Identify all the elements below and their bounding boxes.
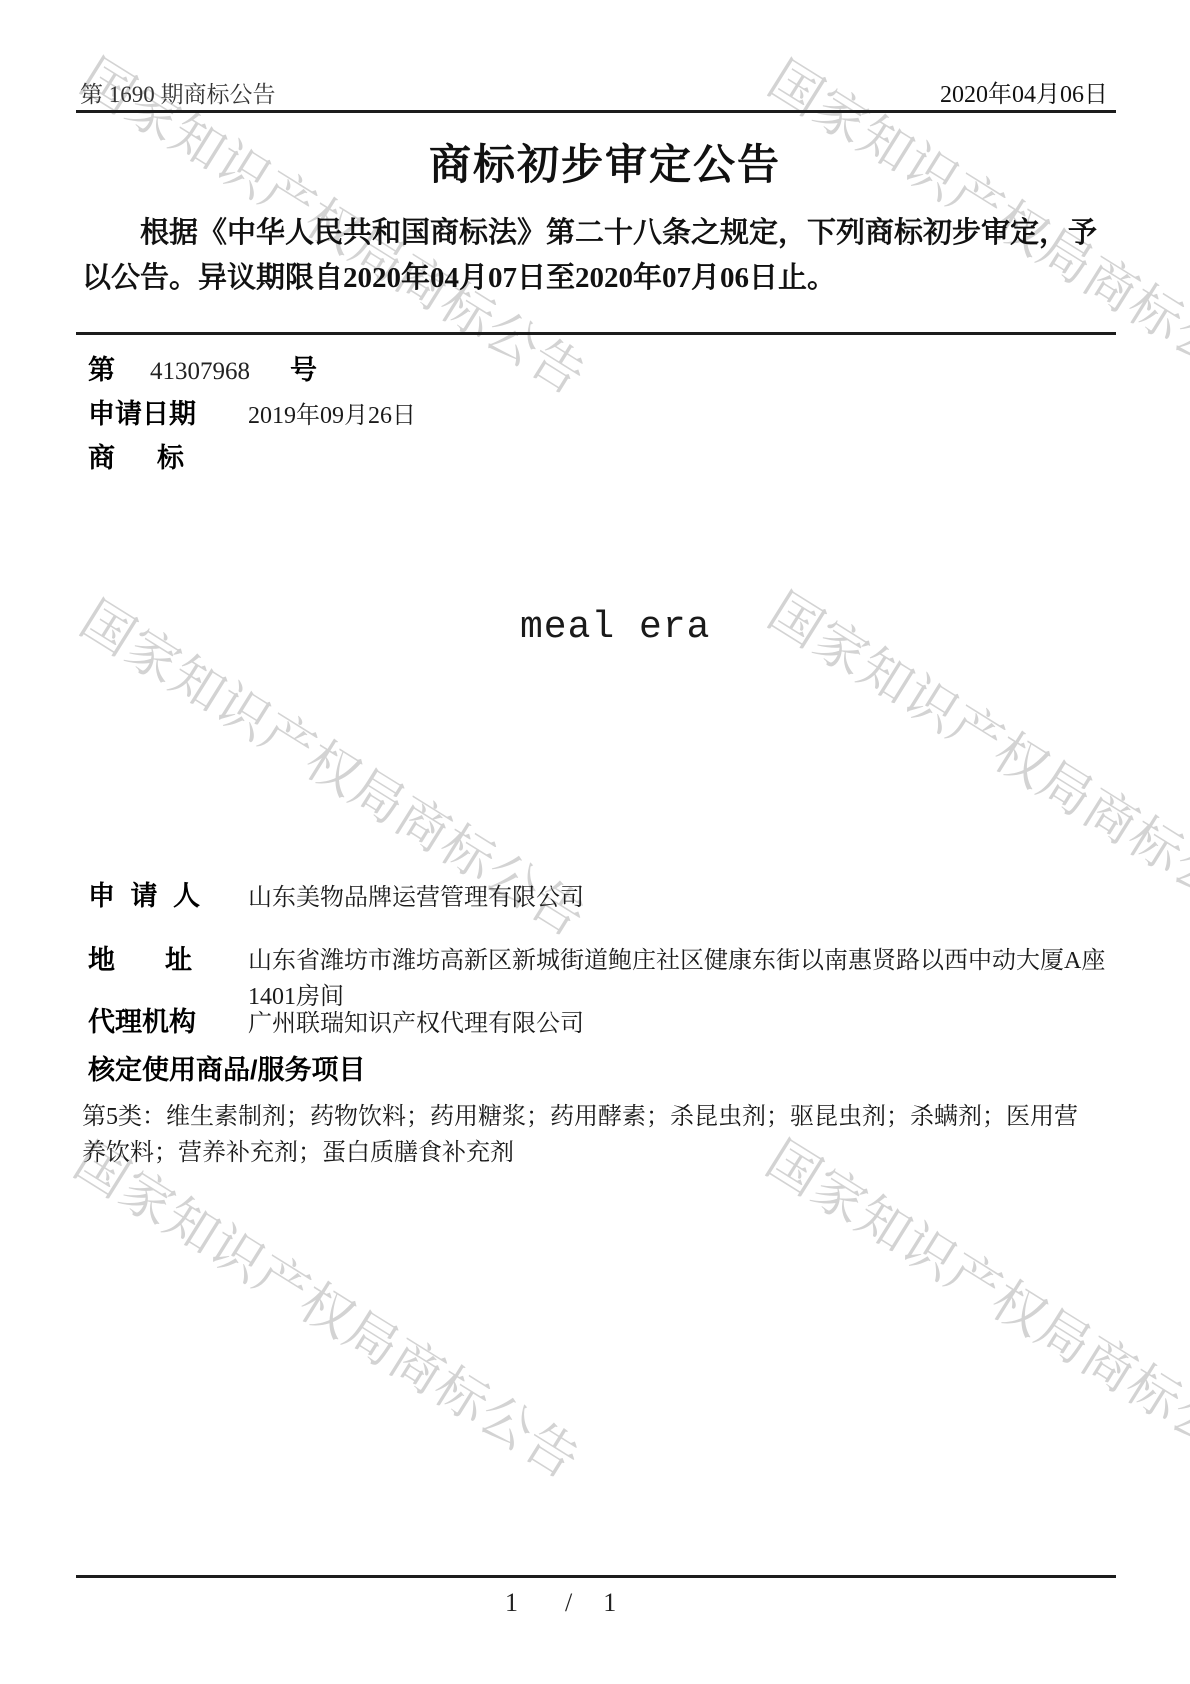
footer-divider-rule: [76, 1575, 1116, 1578]
page-indicator: 1/1: [505, 1588, 616, 1618]
agency-label: 代理机构: [88, 1007, 196, 1037]
application-date-value: 2019年09月26日: [248, 403, 416, 429]
applicant-value: 山东美物品牌运营管理有限公司: [248, 885, 584, 911]
section-divider-rule: [76, 332, 1116, 335]
address-label: 地址: [88, 938, 192, 977]
goods-services-heading: 核定使用商品/服务项目: [88, 1048, 366, 1087]
page-current: 1: [505, 1588, 518, 1617]
agency-row: 代理机构广州联瑞知识产权代理有限公司: [88, 1000, 584, 1039]
address-label-char: 址: [165, 938, 192, 977]
application-date-label: 申请日期: [88, 399, 196, 429]
watermark-text: 国家知识产权局商标公告: [64, 1134, 588, 1490]
registration-prefix-label: 第: [88, 355, 115, 385]
trademark-image-text: meal era: [520, 606, 710, 649]
trademark-label-row: 商标: [88, 436, 184, 475]
registration-suffix-label: 号: [290, 355, 317, 385]
address-value-line-1: 山东省潍坊市潍坊高新区新城街道鲍庄社区健康东街以南惠贤路以西中动大厦A座: [248, 940, 1105, 975]
applicant-label: 申请人: [88, 874, 200, 913]
page-separator: /: [565, 1588, 572, 1617]
header-date: 2020年04月06日: [940, 74, 1108, 109]
intro-paragraph-line-1: 根据《中华人民共和国商标法》第二十八条之规定，下列商标初步审定，予: [82, 216, 1172, 250]
registration-number: 41307968: [150, 358, 250, 385]
trademark-label: 商标: [88, 436, 184, 475]
address-label-char: 地: [88, 938, 115, 977]
trademark-label-char: 商: [88, 436, 115, 475]
goods-list-line-1: 第5类：维生素制剂；药物饮料；药用糖浆；药用酵素；杀昆虫剂；驱昆虫剂；杀螨剂；医…: [82, 1102, 1116, 1132]
registration-number-row: 第41307968号: [88, 348, 317, 387]
trademark-label-char: 标: [157, 436, 184, 475]
intro-paragraph-line-2: 以公告。异议期限自2020年04月07日至2020年07月06日止。: [82, 261, 1114, 295]
watermark-text: 国家知识产权局商标公告: [758, 584, 1190, 940]
address-label-row: 地址: [88, 938, 192, 977]
page-title: 商标初步审定公告: [10, 132, 1190, 192]
document-page: 国家知识产权局商标公告 国家知识产权局商标公告 国家知识产权局商标公告 国家知识…: [0, 0, 1190, 1684]
watermark-text: 国家知识产权局商标公告: [756, 1132, 1190, 1488]
goods-list-line-2: 养饮料；营养补充剂；蛋白质膳食补充剂: [82, 1138, 1116, 1168]
header-issue-label: 第 1690 期商标公告: [80, 76, 276, 109]
page-total: 1: [603, 1588, 616, 1617]
agency-value: 广州联瑞知识产权代理有限公司: [248, 1011, 584, 1037]
header-divider-rule: [76, 110, 1116, 113]
application-date-row: 申请日期2019年09月26日: [88, 392, 416, 431]
applicant-row: 申请人山东美物品牌运营管理有限公司: [88, 874, 584, 913]
applicant-label-char: 请: [131, 874, 158, 913]
applicant-label-char: 人: [173, 874, 200, 913]
applicant-label-char: 申: [88, 874, 115, 913]
